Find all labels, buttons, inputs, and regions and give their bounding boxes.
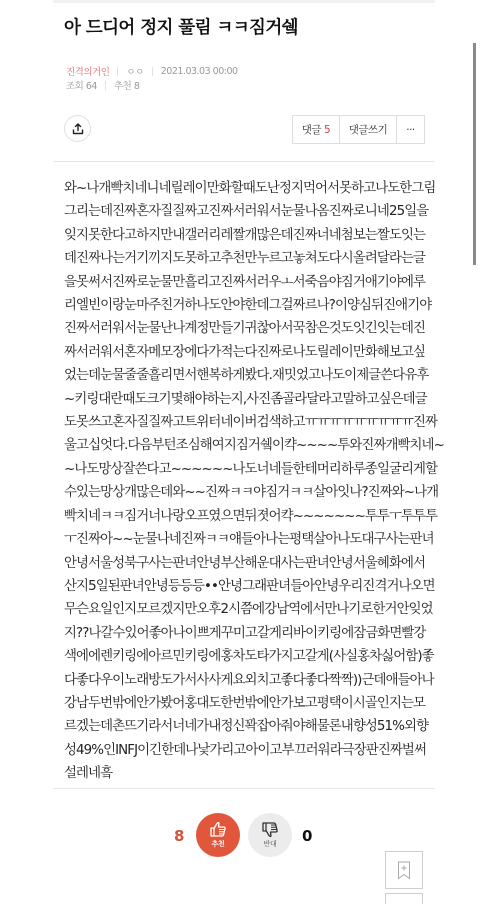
downvote-count: 0 [302,827,312,845]
share-button[interactable] [64,115,91,142]
upvote-label: 추천 [212,839,225,849]
body-line: 색에에렌키링에아르민키링에홍차도타가지고갈게(사실홍차싫어함)좋 [64,645,434,668]
body-line: 그리는데진짜혼자질질짜고진짜서러워서눈물나옴진짜로니네25일을 [64,200,434,223]
thumbs-up-icon [209,821,227,838]
body-line: 짜서러워서혼자메모장에다가적는다진짜로나도릴레이만화해보고싶 [64,341,434,364]
body-line: ~나도망상잘쓴다고~~~~~~나도너네들한테머리하루종일굴리게할 [64,458,434,481]
upvote-count: 8 [174,827,184,845]
body-line: 을못써서진짜로눈물만흘리고진짜서러우ㅗ서죽음야짐거애기야에루 [64,271,434,294]
body-line: 와~나개빡치네니네릴레이만화할때도난정지먹어서못하고나도한그림 [64,177,434,200]
comments-count: 5 [324,124,330,136]
upvote-button[interactable]: 추천 [196,813,240,857]
bookmark-add-icon [397,861,411,880]
thumbs-down-icon [261,821,279,838]
body-line: 빡치네ㅋㅋ짐거너나랑오프였으면뒤졋어캭~~~~~~~투투ㅜ투투투 [64,505,434,528]
comments-label: 댓글 [302,122,321,137]
body-line: 안녕서울성북구사는판녀안녕부산해운대사는판녀안녕서울혜화에서 [64,552,434,575]
body-line: 진짜서러워서눈물난나계정만들기귀찮아서꾹참은것도잇긴잇는데진 [64,317,434,340]
recommend-count: 추천 8 [114,78,139,92]
write-comment-button[interactable]: 댓글쓰기 [340,116,397,143]
body-line: ㅜ진짜아~~눈물나네진짜ㅋㅋ얘들아나는평택살아나도대구사는판녀 [64,528,434,551]
view-count: 조회 64 [66,78,97,92]
body-line: 강남두번밖에안가봤어홍대도한번밖에안가보고평택이시골인지는모 [64,692,434,715]
body-line: 도못쓰고혼자질질짜고트위터네이버검색하고ㅠㅠㅠㅠㅠㅠㅠㅠㅠ진짜 [64,411,434,434]
body-line: ~키링대란때도크기몇해야하는지,사진좀골라달라고말하고싶은데글 [64,388,434,411]
body-line: 리엘빈이랑눈마주친거하나도안야한데그걸짜르나?이양심뒤진애기야 [64,294,434,317]
body-line: 다좋다우이노래방도가서사사게요외치고좋다좋다짝짝))근데애들아나 [64,669,434,692]
post-body: 와~나개빡치네니네릴레이만화할때도난정지먹어서못하고나도한그림 그리는데진짜혼자… [64,177,434,786]
body-line: 무슨요일인지모르겠지만오후2시쯤에강남역에서만나기로한거안잊었 [64,598,434,621]
author-sub: ㅇㅇ [126,64,143,78]
meta-separator [152,67,153,76]
body-line: 울고십엇다.다음부턴조심해여지짐거쉨이캭~~~~투와진짜개빡치네~ [64,434,434,457]
post-stats-row: 조회 64 추천 8 [66,78,139,92]
post-action-buttons: 댓글 5 댓글쓰기 ··· [292,115,425,144]
comments-button[interactable]: 댓글 5 [293,116,340,143]
body-divider [53,788,435,789]
floating-button-secondary[interactable] [385,893,423,904]
body-line: 수있는망상개많은데와~~진짜ㅋㅋ야짐거ㅋㅋ살아잇나?진짜와~나개 [64,481,434,504]
scrollbar[interactable] [473,43,476,265]
downvote-label: 반대 [264,839,277,849]
body-line: 산지5일된판녀안녕등등등••안녕그래판녀들아안녕우리진격거나오면 [64,575,434,598]
post-title: 아 드디어 정지 풀림 ㅋㅋ짐거쉨 [64,14,298,39]
bookmark-button[interactable] [385,851,423,889]
post-meta-row: 진격의거인 ㅇㅇ 2021.03.03 00:00 [66,64,238,78]
body-line: 설레네흨 [64,762,434,785]
more-options-button[interactable]: ··· [397,116,424,143]
body-line: 성49%인INFJ이긴한데나낯가리고아이고부끄러워라극장판진짜벌써 [64,739,434,762]
body-line: 데진짜나는거기끼지도못하고추천만누르고놓쳐도다시올려달라는글 [64,247,434,270]
body-line: 르겠는데촌뜨기라서너네가내정신꽉잡아줘야해물론내향성51%외향 [64,715,434,738]
header-divider [53,161,435,162]
post-datetime: 2021.03.03 00:00 [161,66,238,77]
body-line: 었는데눈물줄줄흘리면서핸복하게봤다.재밋었고나도이제글쓴다유후 [64,364,434,387]
downvote-button[interactable]: 반대 [248,813,292,857]
author-name[interactable]: 진격의거인 [66,64,109,78]
share-icon [72,123,84,135]
body-line: 지??나갈수있어좋아나이쁘게꾸미고갈게리바이키링에잠금화면빨강 [64,622,434,645]
top-edge-bar [53,0,435,3]
body-line: 잊지못한다고하지만내갤러리레짤개많은데진짜너네첨보는짤도잇는 [64,224,434,247]
meta-separator [105,81,106,90]
meta-separator [117,67,118,76]
